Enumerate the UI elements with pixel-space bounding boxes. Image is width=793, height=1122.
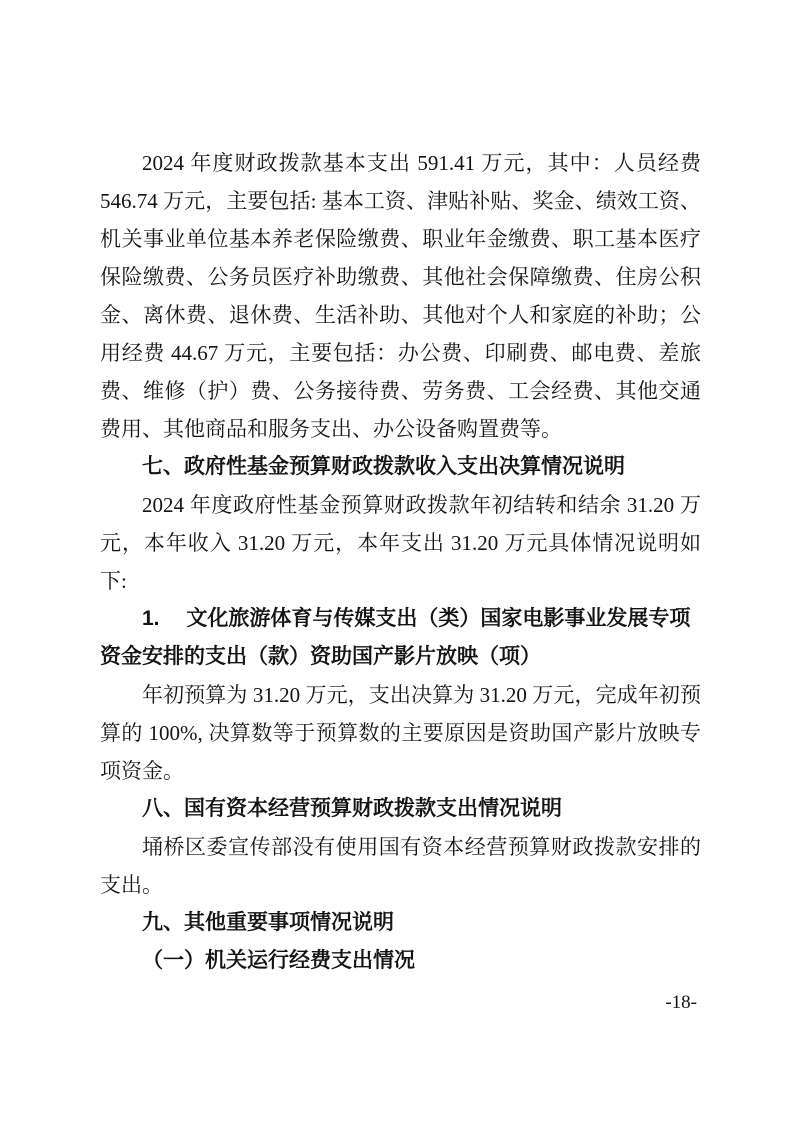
section-heading: 八、国有资本经营预算财政拨款支出情况说明 bbox=[100, 790, 701, 828]
body-paragraph: 2024 年度政府性基金预算财政拨款年初结转和结余 31.20 万元，本年收入 … bbox=[100, 486, 701, 600]
body-paragraph: 2024 年度财政拨款基本支出 591.41 万元，其中：人员经费 546.74… bbox=[100, 144, 701, 448]
section-heading: 七、政府性基金预算财政拨款收入支出决算情况说明 bbox=[100, 448, 701, 486]
body-paragraph: 年初预算为 31.20 万元，支出决算为 31.20 万元，完成年初预算的 10… bbox=[100, 676, 701, 790]
document-body: 2024 年度财政拨款基本支出 591.41 万元，其中：人员经费 546.74… bbox=[100, 144, 701, 980]
section-heading: 1. 文化旅游体育与传媒支出（类）国家电影事业发展专项资金安排的支出（款）资助国… bbox=[100, 600, 701, 676]
page-number: -18- bbox=[665, 991, 697, 1015]
body-paragraph: 埇桥区委宣传部没有使用国有资本经营预算财政拨款安排的支出。 bbox=[100, 828, 701, 904]
section-heading: （一）机关运行经费支出情况 bbox=[100, 942, 701, 980]
section-heading: 九、其他重要事项情况说明 bbox=[100, 904, 701, 942]
document-page: 2024 年度财政拨款基本支出 591.41 万元，其中：人员经费 546.74… bbox=[0, 0, 793, 1122]
